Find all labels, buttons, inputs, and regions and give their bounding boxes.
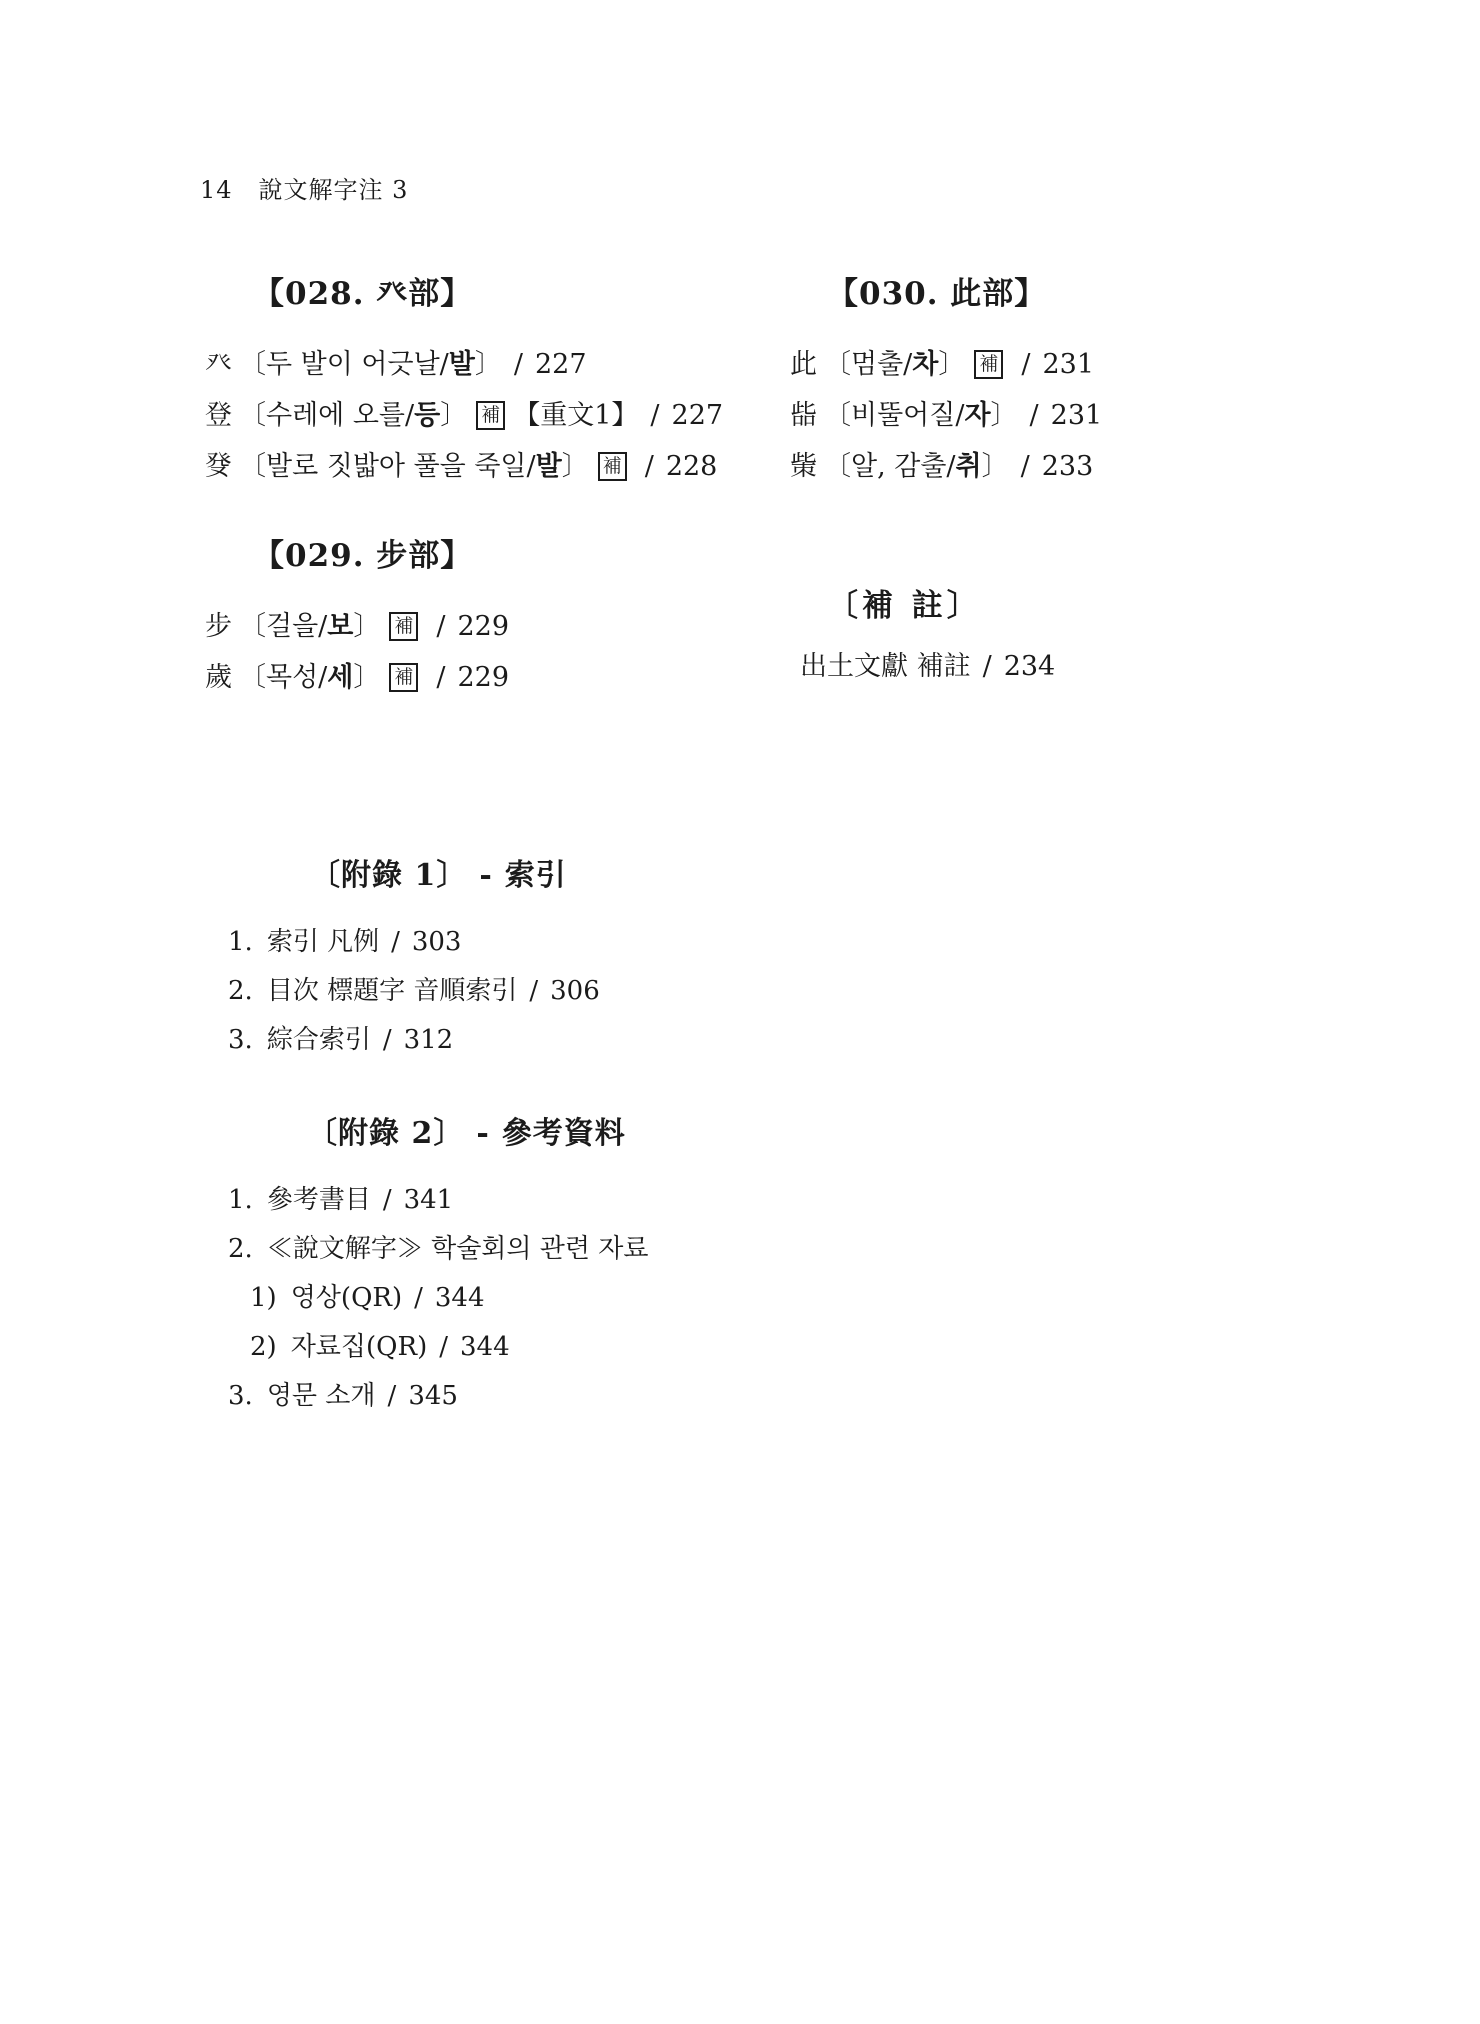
supplement-notes-title: 〔補 註〕 (827, 580, 1055, 625)
page-header: 14說文解字注 3 (200, 170, 408, 205)
entry-reading: 차 (912, 349, 938, 380)
entry-gloss: 비뚤어질 (851, 400, 955, 431)
item-text: 索引 凡例 (267, 927, 379, 957)
radical-entry-row: 啙〔비뚤어질/자〕/231 (790, 390, 1102, 441)
entry-reading: 세 (327, 662, 353, 693)
page-separator: / (650, 400, 659, 431)
appendix-item-row: 1)영상(QR)/344 (250, 1274, 649, 1323)
entry-headword: 登 (205, 400, 232, 431)
appendix-1-section: 〔附錄 1〕-索引 1.索引 凡例/3032.目次 標題字 音順索引/3063.… (228, 850, 600, 1065)
item-text: 綜合索引 (267, 1025, 371, 1055)
item-text: 영상(QR) (291, 1283, 402, 1313)
radical-entry-row: 㭰〔알, 감출/취〕/233 (790, 441, 1102, 492)
appendix-item-row: 2.目次 標題字 音順索引/306 (228, 967, 600, 1016)
item-text: ≪說文解字≫ 학술회의 관련 자료 (267, 1234, 649, 1264)
supplement-badge: 補 (598, 452, 627, 481)
section-030-title: 【030. 此部】 (827, 268, 1102, 313)
item-number: 3. (228, 1381, 253, 1411)
item-page-number: 345 (408, 1381, 458, 1411)
entry-reading: 발 (536, 451, 562, 482)
item-text: 영문 소개 (267, 1381, 376, 1411)
radical-entry-row: 歲〔목성/세〕補/229 (205, 652, 509, 703)
gloss-close-bracket: 〕 (475, 349, 502, 380)
entry-headword: 㭰 (790, 451, 817, 482)
page-separator: / (514, 349, 523, 380)
gloss-reading-slash: / (946, 451, 955, 482)
radical-entry-row: 癶〔두 발이 어긋날/발〕/227 (205, 339, 723, 390)
gloss-close-bracket: 〕 (440, 400, 467, 431)
gloss-close-bracket: 〕 (562, 451, 589, 482)
gloss-reading-slash: / (318, 662, 327, 693)
supplement-notes-entry: 出土文獻 補註/234 (800, 641, 1055, 692)
radical-entry-row: 癹〔발로 짓밟아 풀을 죽일/발〕補/228 (205, 441, 723, 492)
item-text: 目次 標題字 音順索引 (267, 976, 518, 1006)
entry-headword: 癹 (205, 451, 232, 482)
entry-gloss: 멈출 (851, 349, 903, 380)
item-number: 1. (228, 1185, 253, 1215)
entry-reading: 발 (449, 349, 475, 380)
appendix-1-title-text: 索引 (505, 858, 567, 893)
appendix-1-title-prefix: 〔附錄 1〕 (310, 858, 467, 893)
book-title: 說文解字注 3 (259, 176, 409, 204)
section-030-radical: 【030. 此部】 此〔멈출/차〕補/231啙〔비뚤어질/자〕/231㭰〔알, … (790, 268, 1102, 492)
page-separator: / (1030, 400, 1039, 431)
appendix-1-title-dash: - (479, 858, 492, 893)
appendix-1-items: 1.索引 凡例/3032.目次 標題字 音順索引/3063.綜合索引/312 (228, 918, 600, 1065)
section-029-entries: 步〔걸을/보〕補/229歲〔목성/세〕補/229 (205, 601, 509, 703)
gloss-open-bracket: 〔 (824, 400, 851, 431)
gloss-close-bracket: 〕 (982, 451, 1009, 482)
appendix-item-row: 3.綜合索引/312 (228, 1016, 600, 1065)
page-separator: / (388, 1381, 397, 1411)
page-separator: / (414, 1283, 423, 1313)
item-page-number: 306 (550, 976, 600, 1006)
entry-gloss: 두 발이 어긋날 (266, 349, 440, 380)
supplement-entry-page: 234 (1004, 651, 1056, 682)
entry-gloss: 수레에 오를 (266, 400, 405, 431)
supplement-badge: 補 (389, 663, 418, 692)
page-separator: / (983, 651, 992, 682)
section-028-title: 【028. 癶部】 (253, 268, 723, 313)
item-number: 3. (228, 1025, 253, 1055)
appendix-2-title: 〔附錄 2〕-參考資料 (307, 1108, 649, 1152)
entry-page-number: 227 (672, 400, 724, 431)
gloss-open-bracket: 〔 (239, 349, 266, 380)
gloss-open-bracket: 〔 (824, 451, 851, 482)
entry-gloss: 걸을 (266, 611, 318, 642)
gloss-reading-slash: / (405, 400, 414, 431)
section-029-title: 【029. 步部】 (253, 530, 509, 575)
appendix-2-title-prefix: 〔附錄 2〕 (307, 1116, 464, 1151)
entry-headword: 此 (790, 349, 817, 380)
page-separator: / (439, 1332, 448, 1362)
supplement-badge: 補 (389, 612, 418, 641)
item-number: 1) (250, 1283, 277, 1313)
entry-reading: 보 (327, 611, 353, 642)
item-number: 1. (228, 927, 253, 957)
gloss-open-bracket: 〔 (824, 349, 851, 380)
entry-headword: 步 (205, 611, 232, 642)
section-028-radical: 【028. 癶部】 癶〔두 발이 어긋날/발〕/227登〔수레에 오를/등〕補【… (205, 268, 723, 492)
entry-reading: 등 (414, 400, 440, 431)
entry-page-number: 233 (1042, 451, 1094, 482)
appendix-item-row: 3.영문 소개/345 (228, 1372, 649, 1421)
page-separator: / (529, 976, 538, 1006)
item-number: 2. (228, 1234, 253, 1264)
gloss-close-bracket: 〕 (353, 662, 380, 693)
entry-gloss: 발로 짓밟아 풀을 죽일 (266, 451, 527, 482)
gloss-reading-slash: / (527, 451, 536, 482)
gloss-open-bracket: 〔 (239, 611, 266, 642)
section-028-entries: 癶〔두 발이 어긋날/발〕/227登〔수레에 오를/등〕補【重文1】/227癹〔… (205, 339, 723, 492)
item-page-number: 312 (404, 1025, 454, 1055)
item-number: 2. (228, 976, 253, 1006)
page-separator: / (391, 927, 400, 957)
entry-headword: 歲 (205, 662, 232, 693)
appendix-2-title-text: 參考資料 (502, 1116, 626, 1151)
item-text: 자료집(QR) (291, 1332, 428, 1362)
radical-entry-row: 登〔수레에 오를/등〕補【重文1】/227 (205, 390, 723, 441)
appendix-item-row: 1.參考書目/341 (228, 1176, 649, 1225)
supplement-badge: 補 (476, 401, 505, 430)
entry-page-number: 231 (1051, 400, 1103, 431)
page-separator: / (436, 611, 445, 642)
gloss-open-bracket: 〔 (239, 451, 266, 482)
supplement-notes-section: 〔補 註〕 出土文獻 補註/234 (800, 580, 1055, 692)
gloss-reading-slash: / (318, 611, 327, 642)
page-number: 14 (200, 176, 233, 204)
entry-gloss: 목성 (266, 662, 318, 693)
item-number: 2) (250, 1332, 277, 1362)
gloss-close-bracket: 〕 (353, 611, 380, 642)
appendix-2-section: 〔附錄 2〕-參考資料 1.參考書目/3412.≪說文解字≫ 학술회의 관련 자… (228, 1108, 649, 1421)
radical-entry-row: 此〔멈출/차〕補/231 (790, 339, 1102, 390)
gloss-open-bracket: 〔 (239, 400, 266, 431)
gloss-open-bracket: 〔 (239, 662, 266, 693)
entry-headword: 癶 (205, 349, 232, 380)
page-separator: / (1021, 451, 1030, 482)
section-030-entries: 此〔멈출/차〕補/231啙〔비뚤어질/자〕/231㭰〔알, 감출/취〕/233 (790, 339, 1102, 492)
entry-variant-tag: 【重文1】 (513, 400, 638, 431)
page-separator: / (1021, 349, 1030, 380)
entry-page-number: 231 (1043, 349, 1095, 380)
supplement-badge: 補 (974, 350, 1003, 379)
page-separator: / (436, 662, 445, 693)
item-page-number: 344 (460, 1332, 510, 1362)
appendix-item-row: 2.≪說文解字≫ 학술회의 관련 자료 (228, 1225, 649, 1274)
appendix-2-title-dash: - (476, 1116, 489, 1151)
gloss-close-bracket: 〕 (938, 349, 965, 380)
entry-gloss: 알, 감출 (851, 451, 946, 482)
gloss-reading-slash: / (903, 349, 912, 380)
radical-entry-row: 步〔걸을/보〕補/229 (205, 601, 509, 652)
entry-page-number: 228 (666, 451, 718, 482)
item-page-number: 341 (404, 1185, 454, 1215)
entry-page-number: 229 (458, 662, 510, 693)
appendix-item-row: 1.索引 凡例/303 (228, 918, 600, 967)
appendix-item-row: 2)자료집(QR)/344 (250, 1323, 649, 1372)
entry-reading: 취 (956, 451, 982, 482)
page-separator: / (383, 1185, 392, 1215)
item-text: 參考書目 (267, 1185, 371, 1215)
appendix-1-title: 〔附錄 1〕-索引 (310, 850, 600, 894)
entry-headword: 啙 (790, 400, 817, 431)
page-separator: / (645, 451, 654, 482)
entry-reading: 자 (964, 400, 990, 431)
page-separator: / (383, 1025, 392, 1055)
gloss-reading-slash: / (440, 349, 449, 380)
section-029-radical: 【029. 步部】 步〔걸을/보〕補/229歲〔목성/세〕補/229 (205, 530, 509, 703)
supplement-entry-text: 出土文獻 補註 (800, 651, 971, 682)
gloss-close-bracket: 〕 (991, 400, 1018, 431)
appendix-2-items: 1.參考書目/3412.≪說文解字≫ 학술회의 관련 자료1)영상(QR)/34… (228, 1176, 649, 1421)
entry-page-number: 229 (458, 611, 510, 642)
item-page-number: 303 (412, 927, 462, 957)
entry-page-number: 227 (535, 349, 587, 380)
item-page-number: 344 (435, 1283, 485, 1313)
